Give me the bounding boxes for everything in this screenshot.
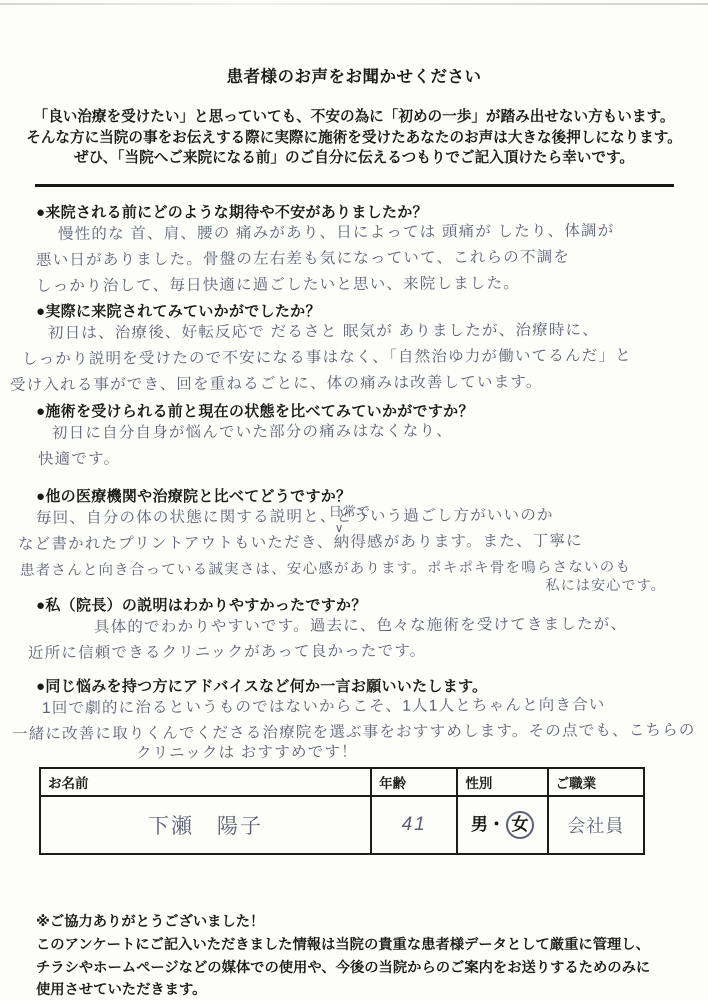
footer-note: ※ご協力ありがとうございました！ このアンケートにご記入いただきました情報は当院… <box>36 911 672 1000</box>
question-block-3: ●施術を受けられる前と現在の状態を比べてみていかがですか？ 初日に自分自身が悩ん… <box>36 402 694 473</box>
answer-line: 初日に自分自身が悩んでいた部分の痛みはなくなり、 <box>52 417 694 447</box>
gender-separator: ・ <box>488 815 505 834</box>
header-name: お名前 <box>40 768 371 796</box>
question-block-4: ●他の医療機関や治療院と比べてどうですか？ 毎回、自分の体の状態に関する説明と、… <box>36 487 694 594</box>
section-divider <box>35 184 674 187</box>
respondent-name: 下瀬 陽子 <box>40 796 371 854</box>
respondent-age: 41 <box>371 796 457 854</box>
question-block-2: ●実際に来院されてみていかがでしたか？ 初日は、治療後、好転反応で だるさと 眠… <box>36 302 694 399</box>
answer-line: など書かれたプリントアウトもいただき、納得感があります。また、丁寧に <box>18 527 694 557</box>
table-header-row: お名前 年齢 性別 ご職業 <box>40 768 644 796</box>
answer-line: 受け入れる事ができ、回を重ねるごとに、体の痛みは改善しています。 <box>10 368 694 398</box>
answer-line-part: 毎回、自分の体の状態に関する説明と、 <box>36 508 337 527</box>
handwritten-answer: 1回で劇的に治るというものではないからこそ、1人1人とちゃんと向き合い 一緒に改… <box>36 696 694 765</box>
intro-paragraph: 「良い治療を受けたい」と思っていても、不安の為に「初めの一歩」が踏み出せない方も… <box>0 107 708 169</box>
respondent-info-table: お名前 年齢 性別 ご職業 下瀬 陽子 41 男・女 会社員 <box>39 767 645 855</box>
handwritten-answer: 初日に自分自身が悩んでいた部分の痛みはなくなり、 快適です。 <box>36 421 694 473</box>
page-title: 患者様のお声をお聞かせください <box>0 0 708 87</box>
answer-line: 快適です。 <box>38 442 694 472</box>
handwritten-answer: 慢性的な 首、肩、腰の 痛みがあり、日によっては 頭痛が したり、体調が 悪い日… <box>36 222 694 300</box>
handwritten-answer: 具体的でわかりやすいです。過去に、色々な施術を受けてきましたが、 近所に信頼でき… <box>36 615 694 667</box>
answer-line: 初日は、治療後、好転反応で だるさと 眠気が ありましたが、治療時に、 <box>48 317 694 347</box>
answer-line-with-insertion: 毎回、自分の体の状態に関する説明と、日常で∨どういう過ごし方がいいのか <box>36 501 694 531</box>
table-row: 下瀬 陽子 41 男・女 会社員 <box>40 796 644 854</box>
questions-area: ●来院される前にどのような期待や不安がありましたか？ 慢性的な 首、肩、腰の 痛… <box>36 203 694 855</box>
intro-line: 「良い治療を受けたい」と思っていても、不安の為に「初めの一歩」が踏み出せない方も… <box>0 107 708 128</box>
answer-line: 患者さんと向き合っている誠実さは、安心感があります。ポキポキ骨を鳴らさないのも <box>20 553 694 583</box>
intro-line: そんな方に当院の事をお伝えする際に実際に施術を受けたあなたのお声は大きな後押しに… <box>0 128 708 149</box>
footer-line: 使用させていただきます。 <box>36 979 672 1000</box>
question-block-6: ●同じ悩みを持つ方にアドバイスなど何か一言お願いいたします。 1回で劇的に治ると… <box>36 677 694 765</box>
header-job: ご職業 <box>548 768 644 796</box>
answer-line: しっかり治して、毎日快適に過ごしたいと思い、来院しました。 <box>36 269 694 299</box>
answer-line: 近所に信頼できるクリニックがあって良かったです。 <box>28 636 694 666</box>
answer-line: 慢性的な 首、肩、腰の 痛みがあり、日によっては 頭痛が したり、体調が <box>58 218 694 248</box>
scan-artifact-line <box>0 3 708 5</box>
question-block-1: ●来院される前にどのような期待や不安がありましたか？ 慢性的な 首、肩、腰の 痛… <box>36 203 694 300</box>
answer-line: クリニックは おすすめです！ <box>136 739 694 764</box>
question-block-5: ●私（院長）の説明はわかりやすかったですか？ 具体的でわかりやすいです。過去に、… <box>36 596 694 667</box>
answer-line: 悪い日がありました。骨盤の左右差も気になっていて、これらの不調を <box>36 243 694 273</box>
footer-line: チラシやホームページなどの媒体での使用や、今後の当院からのご案内をお送りするため… <box>36 957 672 980</box>
footer-line: このアンケートにご記入いただきました情報は当院の貴重な患者様データとして厳重に管… <box>36 934 672 957</box>
handwritten-answer: 初日は、治療後、好転反応で だるさと 眠気が ありましたが、治療時に、 しっかり… <box>36 321 694 399</box>
footer-thanks: ※ご協力ありがとうございました！ <box>36 911 672 934</box>
answer-line: 1回で劇的に治るというものではないからこそ、1人1人とちゃんと向き合い <box>42 692 694 722</box>
intro-line: ぜひ、「当院へご来院になる前」のご自分に伝えるつもりでご記入頂けたら幸いです。 <box>0 148 708 169</box>
gender-male-option: 男 <box>471 815 488 834</box>
respondent-job: 会社員 <box>548 796 644 854</box>
respondent-gender: 男・女 <box>457 796 547 854</box>
answer-line: しっかり説明を受けたので不安になる事はなく、「自然治ゆ力が働いてるんだ」と <box>22 342 694 372</box>
header-gender: 性別 <box>457 768 547 796</box>
answer-line: 具体的でわかりやすいです。過去に、色々な施術を受けてきましたが、 <box>94 611 694 641</box>
questionnaire-sheet: 患者様のお声をお聞かせください 「良い治療を受けたい」と思っていても、不安の為に… <box>0 0 708 1000</box>
header-age: 年齢 <box>371 768 457 796</box>
gender-female-option-circled: 女 <box>506 811 534 839</box>
handwritten-answer: 毎回、自分の体の状態に関する説明と、日常で∨どういう過ごし方がいいのか など書か… <box>36 506 694 594</box>
